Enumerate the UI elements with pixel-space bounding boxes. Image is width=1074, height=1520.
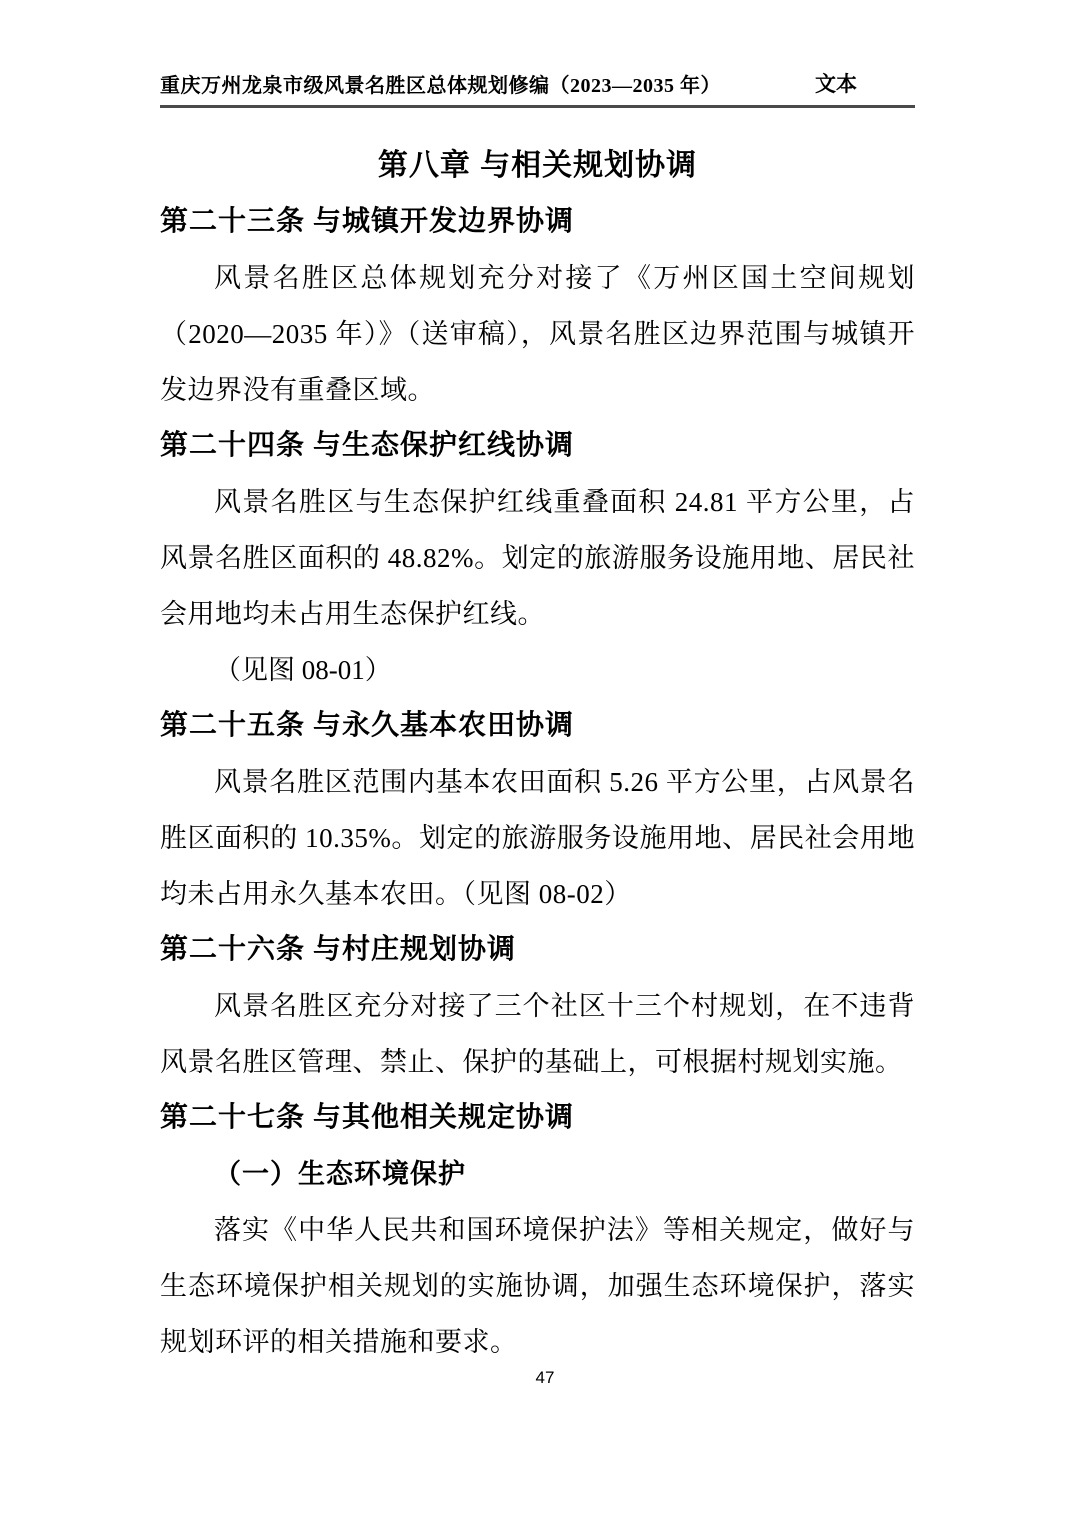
section-heading-article-23: 第二十三条 与城镇开发边界协调 — [160, 194, 915, 250]
chapter-title: 第八章 与相关规划协调 — [160, 138, 915, 194]
header-doc-type: 文本 — [815, 68, 857, 98]
paragraph-article-24: 风景名胜区与生态保护红线重叠面积 24.81 平方公里，占风景名胜区面积的 48… — [160, 474, 915, 642]
paragraph-article-25: 风景名胜区范围内基本农田面积 5.26 平方公里，占风景名胜区面积的 10.35… — [160, 754, 915, 922]
page-number: 47 — [536, 1368, 555, 1387]
header-title: 重庆万州龙泉市级风景名胜区总体规划修编（2023—2035 年） — [160, 69, 721, 98]
section-heading-article-27: 第二十七条 与其他相关规定协调 — [160, 1090, 915, 1146]
document-content: 第八章 与相关规划协调 第二十三条 与城镇开发边界协调 风景名胜区总体规划充分对… — [160, 138, 915, 1370]
figure-reference-08-01: （见图 08-01） — [160, 642, 915, 698]
paragraph-article-27: 落实《中华人民共和国环境保护法》等相关规定，做好与生态环境保护相关规划的实施协调… — [160, 1202, 915, 1370]
paragraph-article-26: 风景名胜区充分对接了三个社区十三个村规划，在不违背风景名胜区管理、禁止、保护的基… — [160, 978, 915, 1090]
document-page: 重庆万州龙泉市级风景名胜区总体规划修编（2023—2035 年） 文本 第八章 … — [0, 0, 1074, 1520]
paragraph-article-23: 风景名胜区总体规划充分对接了《万州区国土空间规划（2020—2035 年）》（送… — [160, 250, 915, 418]
section-heading-article-24: 第二十四条 与生态保护红线协调 — [160, 418, 915, 474]
section-heading-article-25: 第二十五条 与永久基本农田协调 — [160, 698, 915, 754]
page-footer: 47 — [0, 1368, 1074, 1388]
section-heading-article-26: 第二十六条 与村庄规划协调 — [160, 922, 915, 978]
page-header: 重庆万州龙泉市级风景名胜区总体规划修编（2023—2035 年） 文本 — [160, 68, 915, 108]
sub-heading-eco-environment-protection: （一）生态环境保护 — [160, 1146, 915, 1202]
